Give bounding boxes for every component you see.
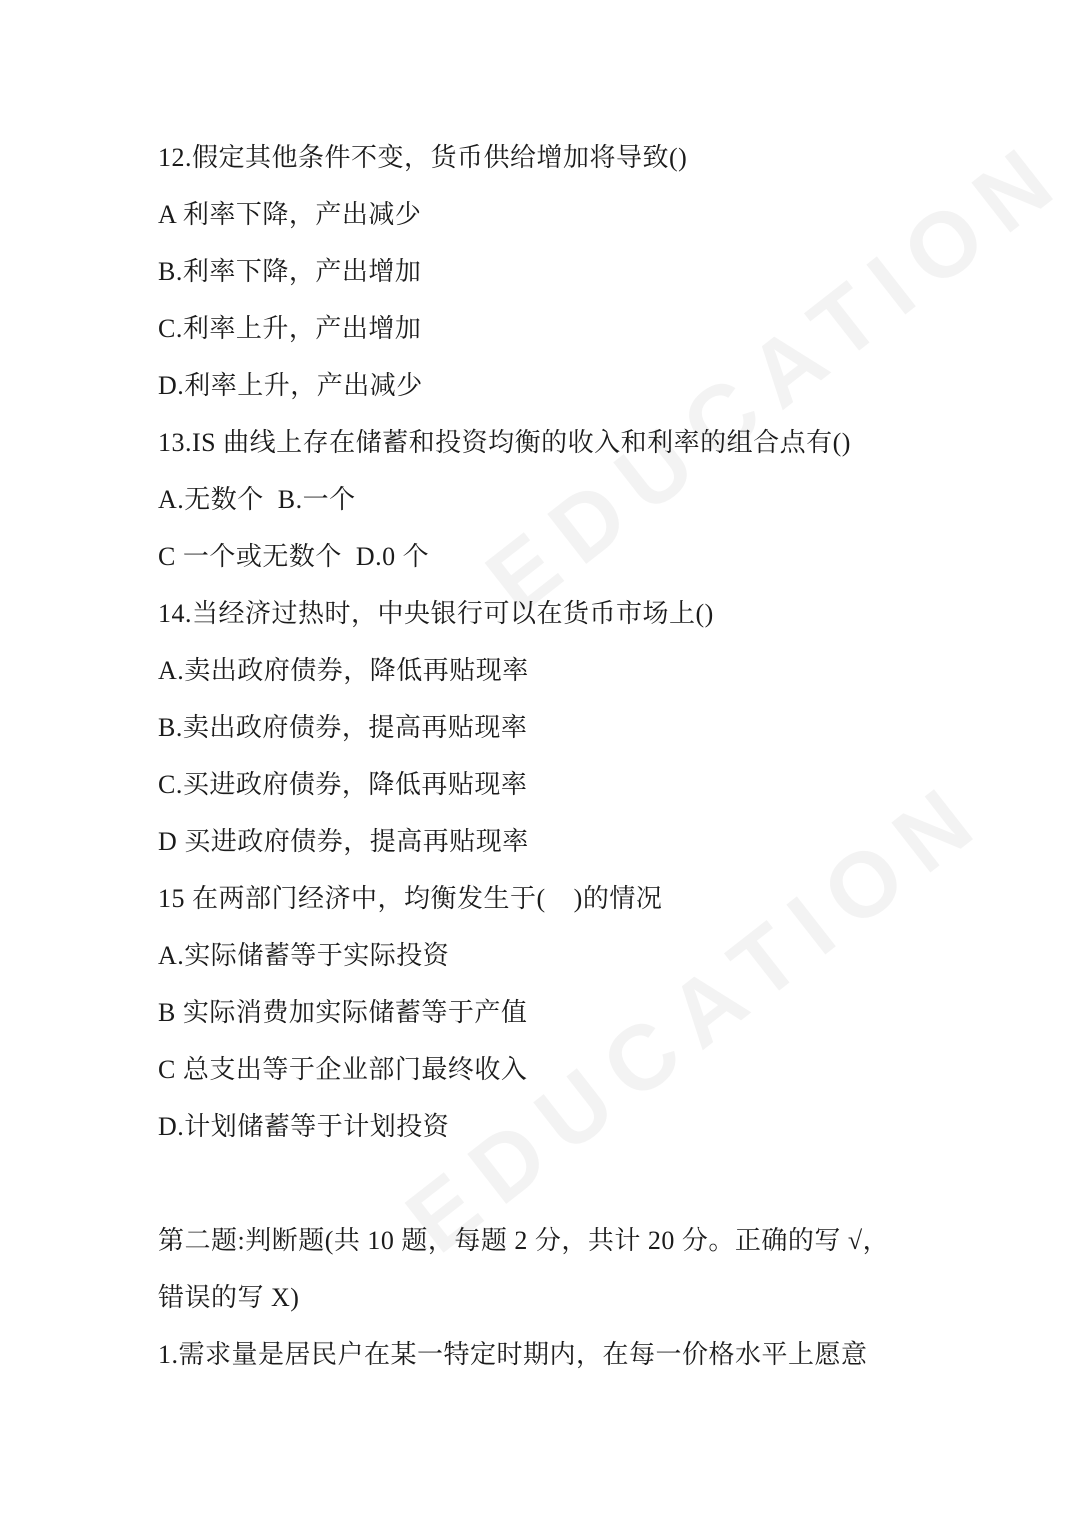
- question-12-option-c: C.利率上升，产出增加: [158, 300, 998, 357]
- question-14-option-a: A.卖出政府债券，降低再贴现率: [158, 642, 998, 699]
- question-12-option-b: B.利率下降，产出增加: [158, 243, 998, 300]
- exam-document-body: 12.假定其他条件不变，货币供给增加将导致() A 利率下降，产出减少 B.利率…: [158, 129, 998, 1383]
- question-14-title: 14.当经济过热时，中央银行可以在货币市场上(): [158, 585, 998, 642]
- question-15-option-b: B 实际消费加实际储蓄等于产值: [158, 984, 998, 1041]
- question-12-option-a: A 利率下降，产出减少: [158, 186, 998, 243]
- question-13-options-cd: C 一个或无数个 D.0 个: [158, 528, 998, 585]
- question-15-option-a: A.实际储蓄等于实际投资: [158, 927, 998, 984]
- question-14-option-c: C.买进政府债券，降低再贴现率: [158, 756, 998, 813]
- question-15-option-c: C 总支出等于企业部门最终收入: [158, 1041, 998, 1098]
- section-2-question-1: 1.需求量是居民户在某一特定时期内，在每一价格水平上愿意: [158, 1326, 998, 1383]
- section-2-header-line-1: 第二题:判断题(共 10 题，每题 2 分，共计 20 分。正确的写 √，: [158, 1212, 998, 1269]
- question-12-option-d: D.利率上升，产出减少: [158, 357, 998, 414]
- question-13-options-ab: A.无数个 B.一个: [158, 471, 998, 528]
- question-14-option-b: B.卖出政府债券，提高再贴现率: [158, 699, 998, 756]
- question-15-option-d: D.计划储蓄等于计划投资: [158, 1098, 998, 1155]
- question-13-title: 13.IS 曲线上存在储蓄和投资均衡的收入和利率的组合点有(): [158, 414, 998, 471]
- section-2-header-line-2: 错误的写 X): [158, 1269, 998, 1326]
- scanned-exam-page: { "page": { "background_color": "#ffffff…: [0, 0, 1080, 1527]
- question-15-title: 15 在两部门经济中，均衡发生于( )的情况: [158, 870, 998, 927]
- question-12-title: 12.假定其他条件不变，货币供给增加将导致(): [158, 129, 998, 186]
- question-14-option-d: D 买进政府债券，提高再贴现率: [158, 813, 998, 870]
